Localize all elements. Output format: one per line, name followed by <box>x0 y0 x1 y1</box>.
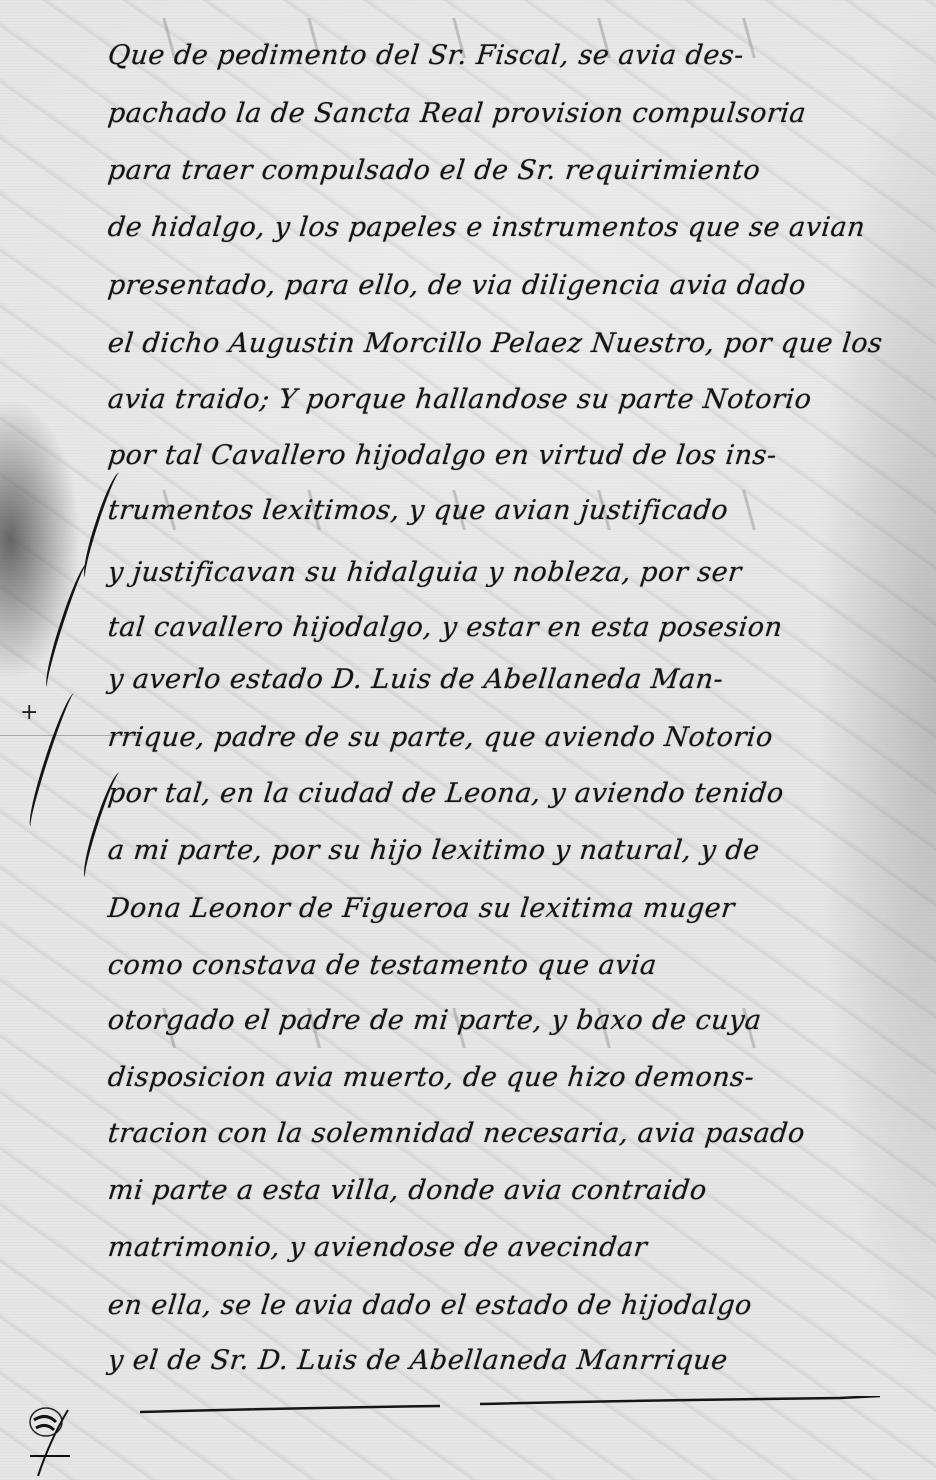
manuscript-line-2: pachado la de Sancta Real provision comp… <box>106 98 867 129</box>
closing-rule-line <box>140 1396 880 1416</box>
signature-rubric-icon <box>20 1400 80 1480</box>
manuscript-line-24: y el de Sr. D. Luis de Abellaneda Manrri… <box>106 1345 867 1376</box>
manuscript-line-1: Que de pedimento del Sr. Fiscal, se avia… <box>106 40 867 71</box>
descender-flourish <box>40 561 94 689</box>
manuscript-line-22: matrimonio, y aviendose de avecindar <box>106 1232 867 1263</box>
manuscript-line-13: rrique, padre de su parte, que aviendo N… <box>106 722 867 753</box>
manuscript-line-7: avia traido; Y porque hallandose su part… <box>106 384 867 415</box>
manuscript-line-3: para traer compulsado el de Sr. requirim… <box>106 155 867 186</box>
manuscript-line-9: trumentos lexitimos, y que avian justifi… <box>106 495 867 526</box>
manuscript-line-20: tracion con la solemnidad necesaria, avi… <box>106 1118 867 1149</box>
manuscript-line-11: tal cavallero hijodalgo, y estar en esta… <box>106 612 867 643</box>
manuscript-line-6: el dicho Augustin Morcillo Pelaez Nuestr… <box>106 328 867 359</box>
manuscript-line-16: Dona Leonor de Figueroa su lexitima muge… <box>106 893 867 924</box>
manuscript-line-15: a mi parte, por su hijo lexitimo y natur… <box>106 835 867 866</box>
manuscript-line-17: como constava de testamento que avia <box>106 950 867 981</box>
manuscript-line-12: y averlo estado D. Luis de Abellaneda Ma… <box>106 664 867 695</box>
manuscript-line-8: por tal Cavallero hijodalgo en virtud de… <box>106 440 867 471</box>
manuscript-line-10: y justificavan su hidalguia y nobleza, p… <box>106 557 867 588</box>
manuscript-line-14: por tal, en la ciudad de Leona, y aviend… <box>106 778 867 809</box>
manuscript-page: Que de pedimento del Sr. Fiscal, se avia… <box>0 0 936 1480</box>
manuscript-line-5: presentado, para ello, de via diligencia… <box>106 270 867 301</box>
manuscript-line-23: en ella, se le avia dado el estado de hi… <box>106 1290 867 1321</box>
manuscript-line-19: disposicion avia muerto, de que hizo dem… <box>106 1062 867 1093</box>
manuscript-line-21: mi parte a esta villa, donde avia contra… <box>106 1175 867 1206</box>
manuscript-line-4: de hidalgo, y los papeles e instrumentos… <box>106 212 867 243</box>
margin-cross-mark: + <box>20 700 38 725</box>
manuscript-line-18: otorgado el padre de mi parte, y baxo de… <box>106 1005 867 1036</box>
